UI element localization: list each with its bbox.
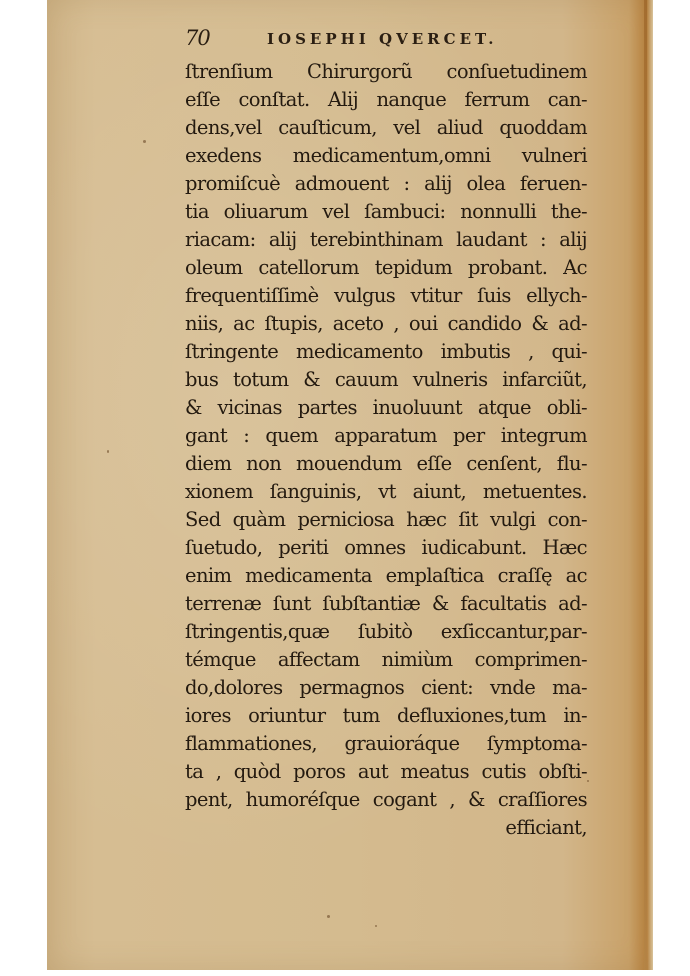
text-line: eſſe conſtat. Alij nanque ferrum can-	[185, 86, 587, 114]
text-line: oleum catellorum tepidum probant. Ac	[185, 254, 587, 282]
text-line: ſtringentis,quæ ſubitò exſiccantur,par-	[185, 618, 587, 646]
text-line: riacam: alij terebinthinam laudant : ali…	[185, 226, 587, 254]
text-line: enim medicamenta emplaſtica craſſę ac	[185, 562, 587, 590]
paper-speck	[587, 780, 589, 782]
text-line: dens,vel cauſticum, vel aliud quoddam	[185, 114, 587, 142]
text-line: ſtringente medicamento imbutis , qui-	[185, 338, 587, 366]
text-line: niis, ac ſtupis, aceto , oui candido & a…	[185, 310, 587, 338]
text-line: Sed quàm perniciosa hæc ſit vulgi con-	[185, 506, 587, 534]
paper-speck	[375, 925, 377, 927]
text-line: témque affectam nimiùm comprimen-	[185, 646, 587, 674]
paper-speck	[327, 915, 330, 918]
text-line: iores oriuntur tum defluxiones,tum in-	[185, 702, 587, 730]
viewport: 70 IOSEPHI QVERCET. ſtrenſium Chirurgorũ…	[0, 0, 690, 976]
text-line: xionem ſanguinis, vt aiunt, metuentes.	[185, 478, 587, 506]
text-line: ta , quòd poros aut meatus cutis obſti-	[185, 758, 587, 786]
text-line: flammationes, grauioráque ſymptoma-	[185, 730, 587, 758]
text-line: gant : quem apparatum per integrum	[185, 422, 587, 450]
text-line: diem non mouendum eſſe cenſent, flu-	[185, 450, 587, 478]
text-line: ſtrenſium Chirurgorũ conſuetudinem	[185, 58, 587, 86]
text-line: frequentiſſimè vulgus vtitur ſuis ellych…	[185, 282, 587, 310]
running-head: 70 IOSEPHI QVERCET.	[185, 24, 585, 54]
running-head-title: IOSEPHI QVERCET.	[267, 30, 497, 48]
book-page: 70 IOSEPHI QVERCET. ſtrenſium Chirurgorũ…	[47, 0, 653, 970]
text-line: exedens medicamentum,omni vulneri	[185, 142, 587, 170]
paper-speck	[107, 450, 109, 453]
text-line: pent, humoréſque cogant , & craſſiores	[185, 786, 587, 814]
text-line: ſuetudo, periti omnes iudicabunt. Hæc	[185, 534, 587, 562]
paper-speck	[143, 140, 146, 143]
text-line: terrenæ ſunt ſubſtantiæ & facultatis ad-	[185, 590, 587, 618]
catchword: efficiant,	[185, 814, 587, 842]
text-line: & vicinas partes inuoluunt atque obli-	[185, 394, 587, 422]
text-line: tia oliuarum vel ſambuci: nonnulli the-	[185, 198, 587, 226]
body-text: ſtrenſium Chirurgorũ conſuetudinem eſſe …	[185, 58, 587, 842]
page-number: 70	[185, 26, 210, 50]
text-line: promiſcuè admouent : alij olea feruen-	[185, 170, 587, 198]
text-line: do,dolores permagnos cient: vnde ma-	[185, 674, 587, 702]
text-line: bus totum & cauum vulneris infarciũt,	[185, 366, 587, 394]
